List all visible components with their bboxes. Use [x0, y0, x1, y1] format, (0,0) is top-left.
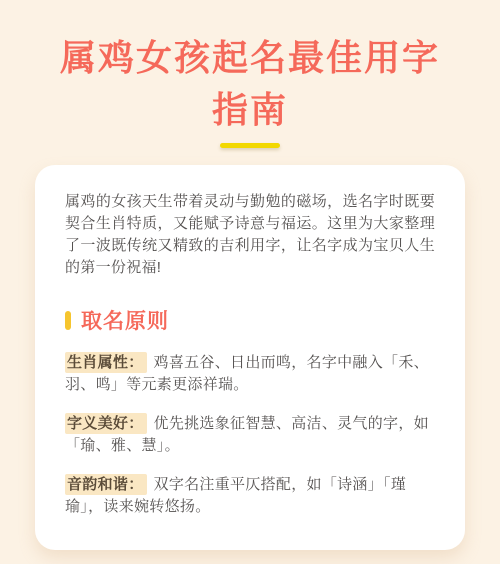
content-card: 属鸡的女孩天生带着灵动与勤勉的磁场，选名字时既要契合生肖特质，又能赋予诗意与福运… [35, 165, 465, 550]
principle-item-ziyi: 字义美好：优先挑选象征智慧、高洁、灵气的字，如「瑜、雅、慧」。 [65, 413, 435, 457]
page-title: 属鸡女孩起名最佳用字 指南 [0, 0, 500, 136]
section-header: 取名原则 [65, 305, 435, 335]
page-title-line1: 属鸡女孩起名最佳用字 [0, 32, 500, 84]
title-divider [220, 143, 280, 148]
section-title: 取名原则 [81, 305, 169, 335]
principle-label: 音韵和谐： [65, 474, 147, 495]
principle-label: 字义美好： [65, 413, 147, 434]
page-title-line2: 指南 [0, 84, 500, 136]
principle-item-shengxiao: 生肖属性：鸡喜五谷、日出而鸣，名字中融入「禾、羽、鸣」等元素更添祥瑞。 [65, 352, 435, 396]
principle-item-yinyun: 音韵和谐：双字名注重平仄搭配，如「诗涵」「瑾瑜」，读来婉转悠扬。 [65, 474, 435, 518]
section-accent-bar-icon [65, 311, 71, 330]
poster-page: 属鸡女孩起名最佳用字 指南 属鸡的女孩天生带着灵动与勤勉的磁场，选名字时既要契合… [0, 0, 500, 564]
intro-paragraph: 属鸡的女孩天生带着灵动与勤勉的磁场，选名字时既要契合生肖特质，又能赋予诗意与福运… [65, 191, 435, 279]
principle-label: 生肖属性： [65, 352, 147, 373]
